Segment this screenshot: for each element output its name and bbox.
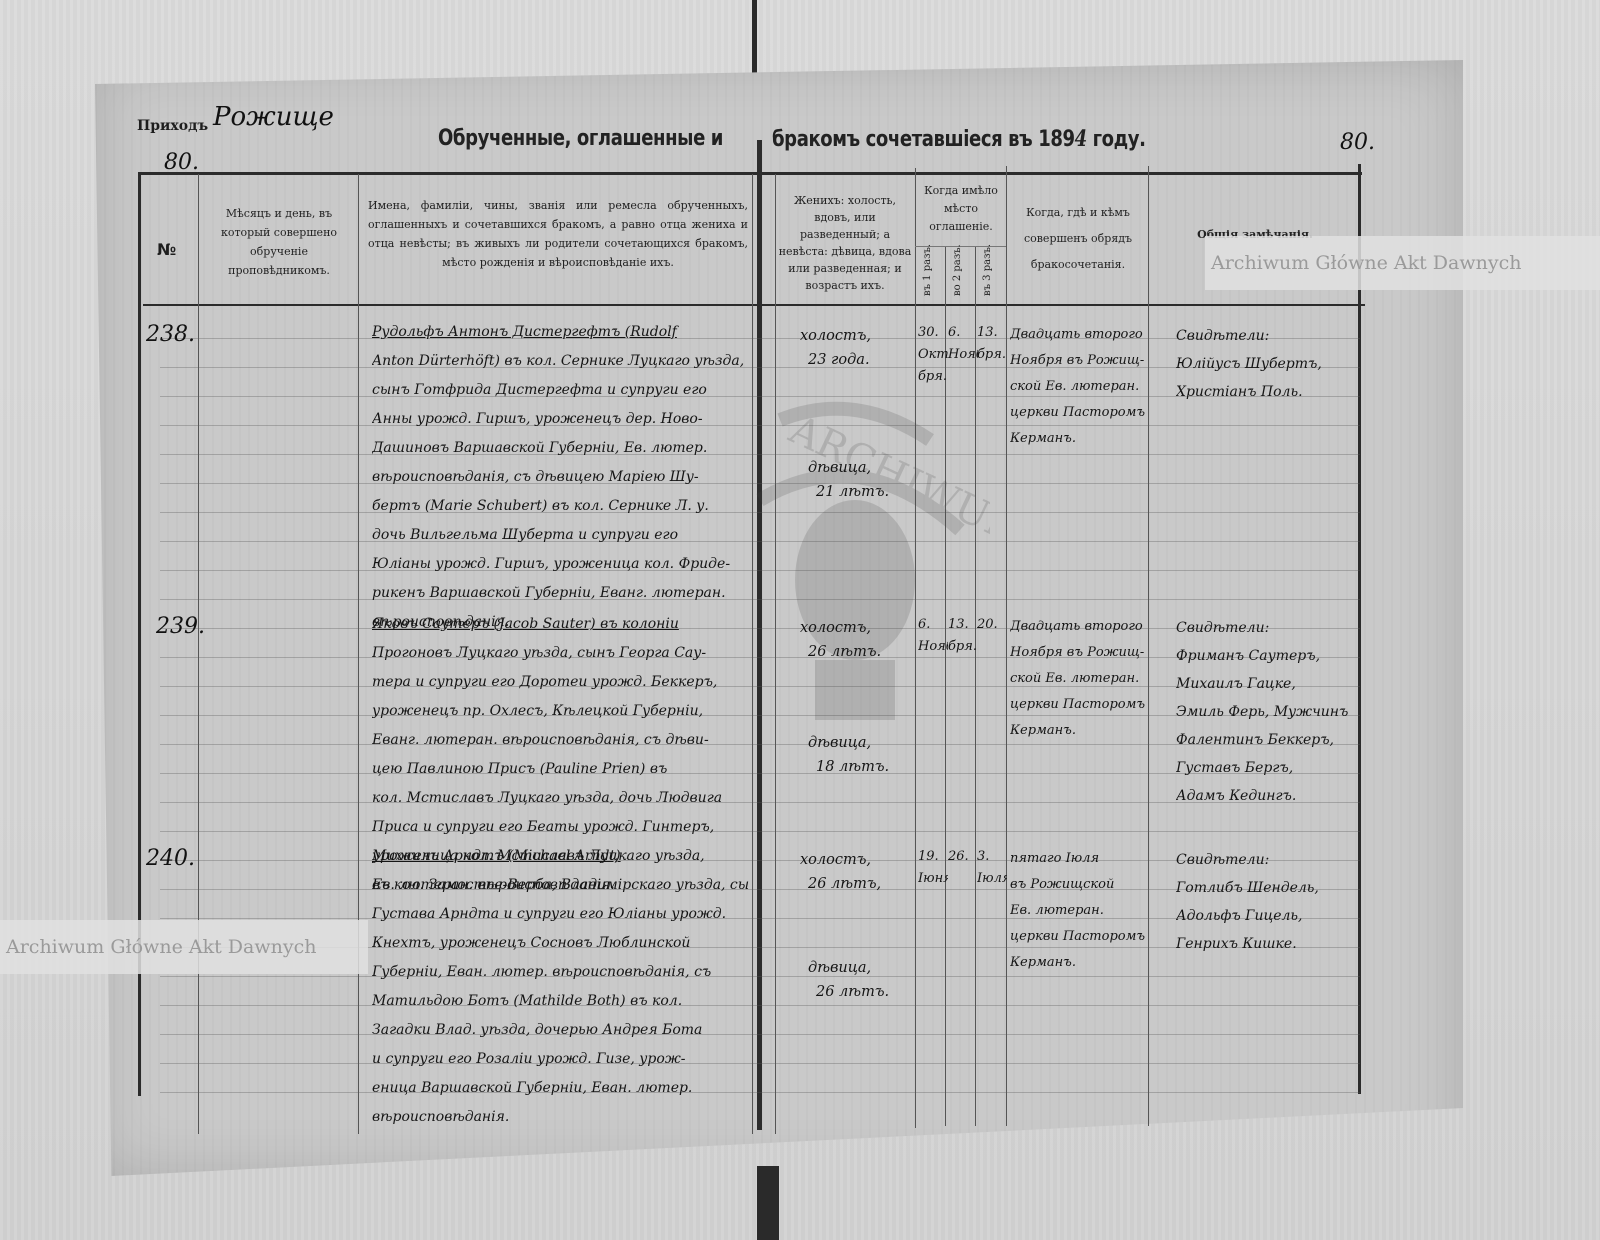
names-line: уроженецъ пр. Охлесъ, Кѣлецкой Губерніи, — [372, 697, 750, 726]
ceremony-details: Двадцать второгоНоября въ Рожищ-ской Ев.… — [1010, 614, 1148, 744]
ruled-line — [160, 831, 1360, 832]
remarks-line: Адольфъ Гицель, — [1176, 902, 1362, 930]
remarks-line: Свидѣтели: — [1176, 614, 1362, 642]
col-divider — [752, 174, 753, 1134]
names-line: сынъ Готфрида Дистергефта и супруги его — [372, 376, 750, 405]
banns-date-part: 6. — [918, 614, 948, 636]
entry-names: Рудольфъ Антонъ Дистергефтъ (RudolfAnton… — [372, 318, 750, 637]
names-line: дочь Вильгельма Шуберта и супруги его — [372, 521, 750, 550]
parish-name: Рожище — [213, 102, 334, 132]
groom-status: холостъ, — [800, 620, 871, 636]
entry-names: Михаилъ Арндтъ (Michael Arndt)въ кол. За… — [372, 842, 750, 1132]
names-line: Кнехтъ, уроженецъ Сосновъ Люблинской — [372, 929, 750, 958]
ruled-line — [160, 599, 1360, 600]
banns-date-part: бря. — [948, 636, 978, 658]
remarks-line: Генрихъ Кишке. — [1176, 930, 1362, 958]
col-header-banns-1: въ 1 разъ. — [922, 244, 933, 296]
ceremony-details: Двадцать второгоНоября въ Рожищ-ской Ев.… — [1010, 322, 1148, 452]
banns-date-1: 19.Іюня — [918, 846, 948, 890]
ceremony-line: Керманъ. — [1010, 718, 1148, 744]
table-top-border — [138, 172, 1362, 175]
ruled-line — [160, 512, 1360, 513]
col-divider — [775, 174, 776, 1134]
ceremony-line: пятаго Іюля — [1010, 846, 1148, 872]
bride-age: 18 лѣтъ. — [816, 759, 889, 775]
bride-status: дѣвица, — [808, 960, 871, 976]
ceremony-line: Керманъ. — [1010, 950, 1148, 976]
register-title-left: Обрученные, оглашенные и — [438, 126, 723, 151]
col-header-banns-2: во 2 разъ. — [952, 244, 963, 296]
col-header-banns-3: въ 3 разъ. — [982, 244, 993, 296]
ceremony-line: ской Ев. лютеран. — [1010, 374, 1148, 400]
names-line: Яковъ Саутеръ (Jacob Sauter) въ колоніи — [372, 610, 750, 639]
ruled-line — [160, 976, 1360, 977]
names-line: Дашиновъ Варшавской Губерніи, Ев. лютер. — [372, 434, 750, 463]
remarks-witnesses: Свидѣтели:Юлійусъ Шубертъ,Христіанъ Поль… — [1176, 322, 1362, 406]
remarks-line: Юлійусъ Шубертъ, — [1176, 350, 1362, 378]
names-line: еница Варшавской Губерніи, Еван. лютер. — [372, 1074, 750, 1103]
ruled-line — [160, 1034, 1360, 1035]
banns-date-3: 13.бря. — [977, 322, 1007, 366]
col-divider — [915, 168, 916, 1128]
names-line: Приса и супруги его Беаты урожд. Гинтеръ… — [372, 813, 750, 842]
groom-status: холостъ, — [800, 328, 871, 344]
ceremony-line: въ Рожищской — [1010, 872, 1148, 898]
banns-date-part: 26. — [948, 846, 978, 868]
groom-age: 23 года. — [808, 352, 870, 368]
bride-status: дѣвица, — [808, 460, 871, 476]
names-line: Anton Dürterhöft) въ кол. Сернике Луцкаг… — [372, 347, 750, 376]
remarks-line: Свидѣтели: — [1176, 846, 1362, 874]
col-divider — [1006, 166, 1007, 1126]
remarks-line: Готлибъ Шендель, — [1176, 874, 1362, 902]
bride-age: 26 лѣтъ. — [816, 984, 889, 1000]
ruled-line — [160, 570, 1360, 571]
banns-date-1: 30.Октя-бря. — [918, 322, 948, 388]
banns-date-part: Нояб. — [948, 344, 978, 366]
entry-number: 240. — [146, 846, 195, 871]
names-line: Еванг. лютеран. вѣроисповѣданія, съ дѣви… — [372, 726, 750, 755]
names-line: Губерніи, Еван. лютер. вѣроисповѣданія, … — [372, 958, 750, 987]
banns-date-part: Нояб. — [918, 636, 948, 658]
banns-date-part: Іюня — [918, 868, 948, 890]
ceremony-line: ской Ев. лютеран. — [1010, 666, 1148, 692]
names-line: тера и супруги его Доротеи урожд. Беккер… — [372, 668, 750, 697]
banns-date-part: Іюля — [977, 868, 1007, 890]
names-line: Матильдою Ботъ (Mathilde Both) въ кол. — [372, 987, 750, 1016]
banns-date-part: бря. — [918, 366, 948, 388]
names-line: и супруги его Розаліи урожд. Гизе, урож- — [372, 1045, 750, 1074]
ruled-line — [160, 1092, 1360, 1093]
entry-number: 239. — [156, 614, 205, 639]
remarks-line: Адамъ Кедингъ. — [1176, 782, 1362, 810]
ruled-line — [160, 1005, 1360, 1006]
ceremony-line: церкви Пасторомъ — [1010, 692, 1148, 718]
remarks-line: Густавъ Бергъ, — [1176, 754, 1362, 782]
names-line: Юліаны урожд. Гиршъ, уроженица кол. Фрид… — [372, 550, 750, 579]
ceremony-line: Двадцать второго — [1010, 322, 1148, 348]
remarks-line: Свидѣтели: — [1176, 322, 1362, 350]
ceremony-line: Керманъ. — [1010, 426, 1148, 452]
names-line: Михаилъ Арндтъ (Michael Arndt) — [372, 842, 750, 871]
ruled-line — [160, 454, 1360, 455]
col-header-number: № — [157, 240, 176, 259]
ceremony-line: Ноября въ Рожищ- — [1010, 348, 1148, 374]
col-header-names: Имена, фамиліи, чины, званія или ремесла… — [368, 196, 748, 272]
groom-status: холостъ, — [800, 852, 871, 868]
title-prefix: бракомъ сочетавшіеся въ 189 — [772, 127, 1075, 152]
banns-date-part: 13. — [977, 322, 1007, 344]
names-line: Густава Арндта и супруги его Юліаны урож… — [372, 900, 750, 929]
book-spine — [757, 140, 762, 1130]
banns-date-3: 20. — [977, 614, 1007, 636]
names-line: Прогоновъ Луцкаго уѣзда, сынъ Георга Сау… — [372, 639, 750, 668]
ruled-line — [160, 425, 1360, 426]
names-line: вѣроисповѣданія. — [372, 1103, 750, 1132]
year-digit: 4 — [1075, 126, 1087, 152]
banns-date-part: бря. — [977, 344, 1007, 366]
entry-number: 238. — [146, 322, 195, 347]
banns-date-3: 3.Іюля — [977, 846, 1007, 890]
names-line: кол. Мстиславъ Луцкаго уѣзда, дочь Людви… — [372, 784, 750, 813]
col-header-betrothal-date: Мѣсяцъ и день, въ который совершено обру… — [202, 204, 356, 280]
banns-date-2: 6.Нояб. — [948, 322, 978, 366]
ruled-line — [160, 541, 1360, 542]
remarks-line: Михаилъ Гацке, — [1176, 670, 1362, 698]
col-header-banns: Когда имѣло мѣсто оглашеніе. — [918, 182, 1004, 236]
groom-age: 26 лѣтъ. — [808, 644, 881, 660]
groom-age: 26 лѣтъ, — [808, 876, 881, 892]
ceremony-line: Ев. лютеран. — [1010, 898, 1148, 924]
ceremony-line: церкви Пасторомъ — [1010, 924, 1148, 950]
banns-date-part: 20. — [977, 614, 1007, 636]
names-line: рикенъ Варшавской Губерніи, Еванг. лютер… — [372, 579, 750, 608]
remarks-line: Христіанъ Поль. — [1176, 378, 1362, 406]
binder-strip-top — [752, 0, 757, 74]
names-line: Анны урожд. Гиршъ, уроженецъ дер. Ново- — [372, 405, 750, 434]
bride-age: 21 лѣтъ. — [816, 484, 889, 500]
names-line: Рудольфъ Антонъ Дистергефтъ (Rudolf — [372, 318, 750, 347]
parish-label: Приходъ — [137, 118, 208, 134]
col-header-ceremony: Когда, гдѣ и кѣмъ совершенъ обрядъ брако… — [1010, 200, 1146, 278]
remarks-witnesses: Свидѣтели:Готлибъ Шендель,Адольфъ Гицель… — [1176, 846, 1362, 958]
banns-date-part: Октя- — [918, 344, 948, 366]
banns-date-part: 6. — [948, 322, 978, 344]
names-line: въ кол. Замостье-Верба, Владимірскаго уѣ… — [372, 871, 750, 900]
bride-status: дѣвица, — [808, 735, 871, 751]
banns-date-2: 13.бря. — [948, 614, 978, 658]
names-line: Загадки Влад. уѣзда, дочерью Андрея Бота — [372, 1016, 750, 1045]
col-divider — [1148, 166, 1149, 1126]
names-line: бертъ (Marie Schubert) въ кол. Сернике Л… — [372, 492, 750, 521]
ceremony-details: пятаго Іюлявъ РожищскойЕв. лютеран.церкв… — [1010, 846, 1148, 976]
watermark-top-right: Archiwum Główne Akt Dawnych — [1205, 236, 1600, 290]
col-header-status-age: Женихъ: холость, вдовъ, или разведенный;… — [778, 192, 912, 294]
names-line: цею Павлиною Присъ (Pauline Prien) въ — [372, 755, 750, 784]
watermark-middle-left: Archiwum Główne Akt Dawnych — [0, 920, 368, 974]
banns-date-part: 3. — [977, 846, 1007, 868]
col-divider — [198, 174, 199, 1134]
ruled-line — [160, 483, 1360, 484]
header-bottom-border — [143, 304, 1365, 306]
banns-date-part: 30. — [918, 322, 948, 344]
page-number-right: 80. — [1340, 130, 1375, 155]
register-title-right: бракомъ сочетавшіеся въ 1894 году. — [772, 126, 1146, 152]
binder-strip-bottom — [757, 1166, 779, 1240]
ruled-line — [160, 1063, 1360, 1064]
title-suffix: году. — [1087, 127, 1146, 152]
banns-date-1: 6.Нояб. — [918, 614, 948, 658]
banns-date-2: 26. — [948, 846, 978, 868]
ceremony-line: церкви Пасторомъ — [1010, 400, 1148, 426]
col-divider — [358, 174, 359, 1134]
banns-date-part: 19. — [918, 846, 948, 868]
ceremony-line: Ноября въ Рожищ- — [1010, 640, 1148, 666]
remarks-line: Эмиль Ферь, Мужчинъ — [1176, 698, 1362, 726]
remarks-line: Фриманъ Саутеръ, — [1176, 642, 1362, 670]
remarks-line: Фалентинъ Беккеръ, — [1176, 726, 1362, 754]
ceremony-line: Двадцать второго — [1010, 614, 1148, 640]
banns-date-part: 13. — [948, 614, 978, 636]
names-line: вѣроисповѣданія, съ дѣвицею Маріею Шу- — [372, 463, 750, 492]
remarks-witnesses: Свидѣтели:Фриманъ Саутеръ,Михаилъ Гацке,… — [1176, 614, 1362, 810]
